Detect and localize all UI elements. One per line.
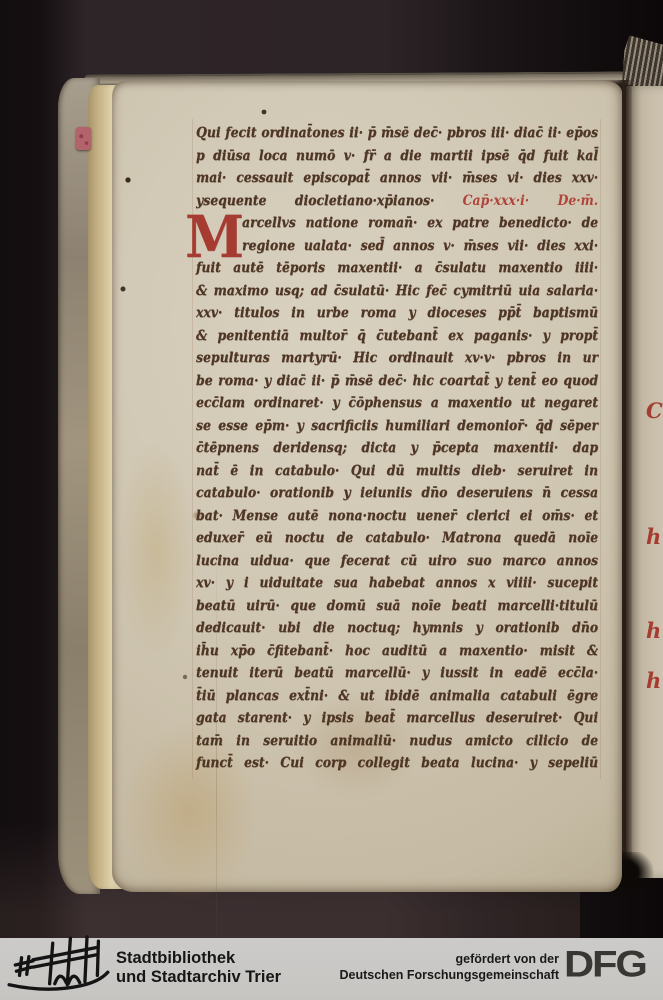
manuscript-line: beatū uirū· que domū suā noīe beati marc… [196, 595, 598, 618]
rubricated-initial-M: M [185, 208, 244, 266]
funding-credit: gefördert von der Deutschen Forschungsge… [340, 951, 560, 984]
manuscript-line: dedicauit· ubi die noctuq; hymnis y orat… [196, 617, 598, 640]
ink-specks [112, 81, 114, 83]
manuscript-lines: Qui fecit ordinat̄ones ii· p̄ m̄sē dec̄·… [196, 122, 598, 775]
manuscript-line: ecc̄lam ordinaret· y c̄ōphensus a maxent… [196, 392, 598, 415]
manuscript-line: Qui fecit ordinat̄ones ii· p̄ m̄sē dec̄·… [196, 122, 598, 145]
manuscript-line: gata starent· y ipsis beat̄ marcellus de… [196, 707, 598, 730]
manuscript-text-block: M Qui fecit ordinat̄ones ii· p̄ m̄sē dec… [196, 122, 598, 775]
manuscript-line: & penitentiā multor̄ q̄ c̄utebant̄ ex pa… [196, 325, 598, 348]
manuscript-line: mai· cessauit episcopat̄ annos vii· m̄se… [196, 167, 598, 190]
manuscript-line: sepulturas martyrū· Hic ordinauit xv·v· … [196, 347, 598, 370]
manuscript-scan-photo: Chhh M Qui fecit ordinat̄ones ii· p̄ m̄s… [0, 0, 663, 1000]
manuscript-line: se esse ep̄m· y sacrificiis humiliari de… [196, 415, 598, 438]
manuscript-line: funct̄ est· Cui corp collegit beata luci… [196, 752, 598, 775]
manuscript-line: ysequente diocletiano·xp̄ianos· Cap̄·xxx… [196, 190, 598, 213]
rubric-text: Cap̄·xxx·i· De·m̄. [434, 193, 598, 209]
manuscript-line: catabulo· orationib y ieiuniis dn̄o dese… [196, 482, 598, 505]
manuscript-line: ih̄u xp̄o c̄fitebant̄· hoc auditū a maxe… [196, 640, 598, 663]
manuscript-page: M Qui fecit ordinat̄ones ii· p̄ m̄sē dec… [112, 81, 622, 892]
manuscript-line: & maximo usq; ad c̄sulatū· Hic fec̄ cymi… [196, 280, 598, 303]
manuscript-line: arcellvs natione roman̄· ex patre benedi… [196, 212, 598, 235]
manuscript-line: fuit autē tēporis maxentii· a c̄sulatu m… [196, 257, 598, 280]
footer-band: Stadtbibliothek und Stadtarchiv Trier ge… [0, 938, 663, 1000]
funding-line1: gefördert von der [340, 951, 560, 967]
red-initial-glyph: h [646, 670, 663, 691]
manuscript-line: eduxer̄ eū noctu de catabulo· Matrona qu… [196, 527, 598, 550]
line-text: regione ualata· sed̄ annos v· m̄ses vii·… [242, 238, 598, 254]
manuscript-line: xv· y i uiduitate sua habebat annos x vi… [196, 572, 598, 595]
library-name: Stadtbibliothek und Stadtarchiv Trier [116, 949, 281, 988]
manuscript-line: lucina uidua· que fecerat cū uiro suo ma… [196, 550, 598, 573]
red-initial-glyph: h [646, 526, 663, 547]
manuscript-line: tenuit iterū beatū marcellū· y iussit in… [196, 662, 598, 685]
manuscript-line: be roma· y diac̄ ii· p̄ m̄sē dec̄· hic c… [196, 370, 598, 393]
manuscript-line: tam̄ in seruitio animaliū· nudus amicto … [196, 730, 598, 753]
library-name-line2: und Stadtarchiv Trier [116, 968, 281, 987]
red-initial-glyph: C [646, 400, 663, 421]
porta-nigra-logo-icon [6, 932, 114, 998]
library-name-line1: Stadtbibliothek [116, 949, 281, 968]
manuscript-line: nat̄ ē in catabulo· Qui dū multis dieb· … [196, 460, 598, 483]
parchment-stain [116, 441, 196, 661]
dfg-logo: DFG [564, 944, 646, 986]
ruling-line-right [600, 119, 601, 779]
manuscript-line: bat· Mense autē nona·noctu uener̄ cleric… [196, 505, 598, 528]
red-bookmark-tab [76, 127, 91, 150]
manuscript-line: xxv· titulos in urbe roma y dioceses pp̄… [196, 302, 598, 325]
funding-line2: Deutschen Forschungsgemeinschaft [340, 967, 560, 983]
manuscript-line: p diūsa loca numō v· fr̄ a die martii ip… [196, 145, 598, 168]
red-initial-glyph: h [646, 620, 663, 641]
manuscript-line: t̄iū plancas ext̄ni· & ut ibidē animalia… [196, 685, 598, 708]
manuscript-line: c̄tēpnens deridensq; dicta y p̄cepta max… [196, 437, 598, 460]
manuscript-line: regione ualata· sed̄ annos v· m̄ses vii·… [196, 235, 598, 258]
line-text: arcellvs natione roman̄· ex patre benedi… [242, 215, 598, 231]
